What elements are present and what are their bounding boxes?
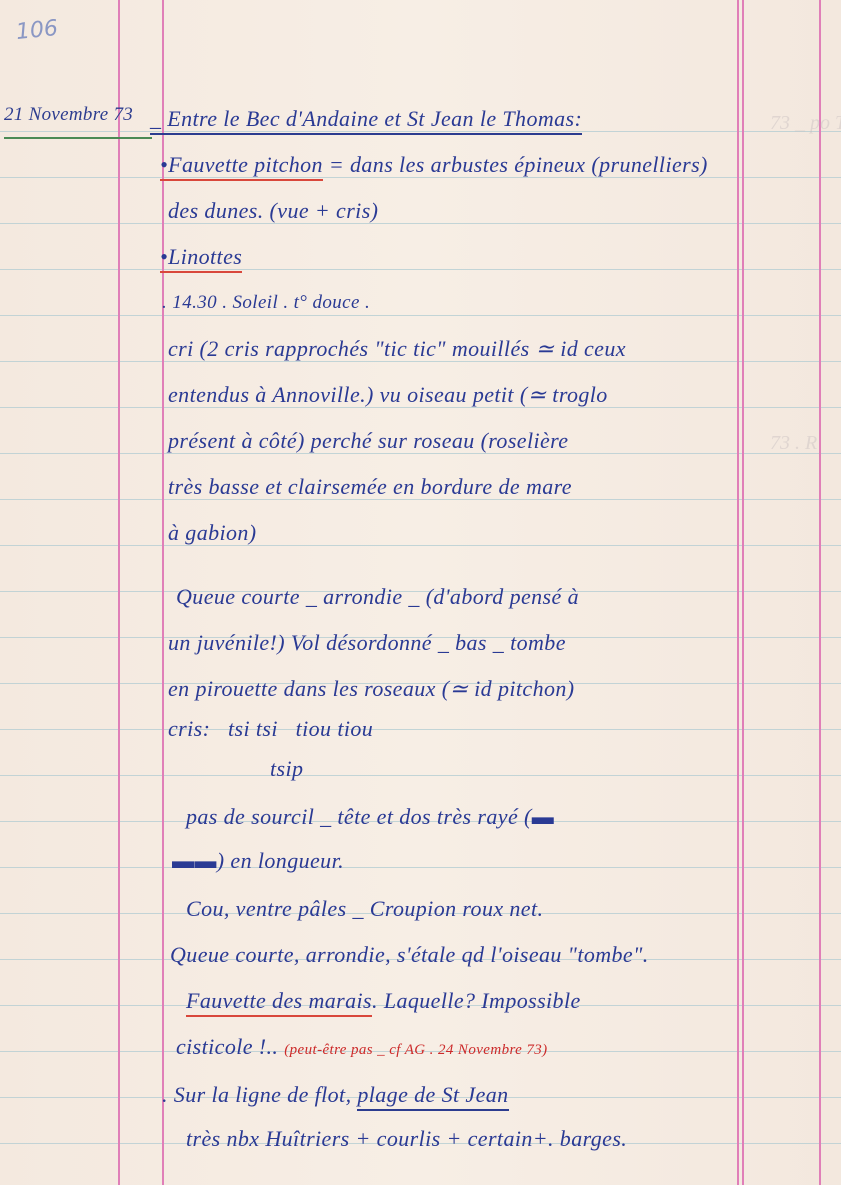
ruled-line xyxy=(0,269,841,270)
bleed-through-text: 73 . R xyxy=(770,432,817,455)
note-line: Fauvette des marais. Laquelle? Impossibl… xyxy=(186,988,581,1014)
bleed-through-text: 73 _ po Ta xyxy=(770,112,841,135)
note-line: •Fauvette pitchon = dans les arbustes ép… xyxy=(160,152,708,178)
note-line: entendus à Annoville.) vu oiseau petit (… xyxy=(168,382,608,408)
note-line: Queue courte _ arrondie _ (d'abord pensé… xyxy=(176,584,579,610)
margin-line-left-1 xyxy=(118,0,120,1185)
margin-line-right-3 xyxy=(819,0,821,1185)
note-line: Cou, ventre pâles _ Croupion roux net. xyxy=(186,896,543,922)
ruled-line xyxy=(0,729,841,730)
date-underline xyxy=(4,137,152,139)
species-linottes: •Linottes xyxy=(160,244,242,273)
red-annotation: (peut-être pas _ cf AG . 24 Novembre 73) xyxy=(284,1042,547,1058)
margin-line-right-2 xyxy=(742,0,744,1185)
entry-date: 21 Novembre 73 xyxy=(4,104,133,126)
margin-line-right-1 xyxy=(737,0,739,1185)
note-line: à gabion) xyxy=(168,520,257,546)
species-fauvette-des-marais: Fauvette des marais xyxy=(186,988,372,1017)
note-line: cisticole !.. (peut-être pas _ cf AG . 2… xyxy=(176,1034,548,1060)
note-line: très nbx Huîtriers + courlis + certain+.… xyxy=(186,1126,627,1152)
note-line: Queue courte, arrondie, s'étale qd l'ois… xyxy=(170,942,649,968)
note-line: un juvénile!) Vol désordonné _ bas _ tom… xyxy=(168,630,566,656)
ruled-line xyxy=(0,315,841,316)
location-plage-st-jean: plage de St Jean xyxy=(357,1082,508,1111)
note-line: très basse et clairsemée en bordure de m… xyxy=(168,474,572,500)
ruled-line xyxy=(0,223,841,224)
ruled-line xyxy=(0,867,841,868)
note-line: présent à côté) perché sur roseau (rosel… xyxy=(168,428,568,454)
note-line: tsip xyxy=(270,756,303,782)
note-line: ▬▬) en longueur. xyxy=(172,848,344,874)
page-number: 106 xyxy=(15,16,59,45)
ruled-line xyxy=(0,775,841,776)
note-line: cris: tsi tsi tiou tiou xyxy=(168,716,373,742)
notebook-page: 73 _ po Ta 73 . R 106 21 Novembre 73 _ E… xyxy=(0,0,841,1185)
note-line: pas de sourcil _ tête et dos très rayé (… xyxy=(186,804,554,830)
note-line: en pirouette dans les roseaux (≃ id pitc… xyxy=(168,676,575,702)
ruled-line xyxy=(0,545,841,546)
location-heading: _ Entre le Bec d'Andaine et St Jean le T… xyxy=(150,106,582,132)
note-line: . 14.30 . Soleil . t° douce . xyxy=(162,292,370,314)
note-line: des dunes. (vue + cris) xyxy=(168,198,378,224)
note-line: •Linottes xyxy=(160,244,242,270)
note-line: cri (2 cris rapprochés "tic tic" mouillé… xyxy=(168,336,626,362)
note-line: . Sur la ligne de flot, plage de St Jean xyxy=(162,1082,509,1108)
species-fauvette-pitchon: •Fauvette pitchon xyxy=(160,152,323,181)
